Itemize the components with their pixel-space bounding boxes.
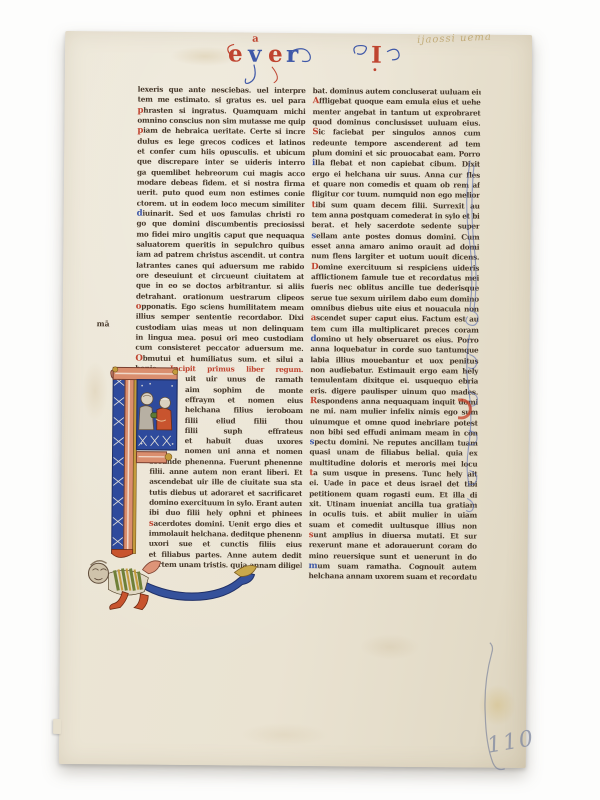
stain <box>360 634 420 661</box>
running-title-letter: e <box>228 42 243 65</box>
colored-initial: p <box>137 105 143 115</box>
colored-initial: o <box>136 301 142 311</box>
colored-initial: p <box>137 126 143 136</box>
colored-initial: O <box>135 353 142 363</box>
colored-initial: A <box>313 96 320 106</box>
colored-initial: t <box>309 468 313 478</box>
running-title-letter: e <box>268 43 283 66</box>
rubric-text: Incipit primus liber regum. <box>170 364 303 374</box>
colored-initial: D <box>311 262 318 272</box>
colored-initial: s <box>311 231 316 241</box>
leaf-edge-tab <box>53 719 61 734</box>
inscription-offset: ijaossi uema <box>417 32 492 46</box>
running-title-right: I <box>353 37 403 89</box>
colored-initial: m <box>309 561 318 571</box>
manuscript-leaf: a ever I ijaossi uema mā lexeris que ant… <box>59 31 532 768</box>
text-line: helchana annam uxorem suam et recordatus <box>308 572 476 584</box>
running-title-left: a ever <box>228 36 312 89</box>
colored-initial: s <box>309 530 314 540</box>
marginal-note: mā <box>97 319 110 328</box>
text-column-right: bat. dominus autem concluserat uuluam ei… <box>308 86 480 583</box>
margin-flourish <box>459 154 488 514</box>
colored-initial: S <box>312 127 318 137</box>
colored-initial: R <box>310 396 317 406</box>
text-line: ne mi. nam mulier infelix nimis ego sum <box>310 406 478 418</box>
stain <box>239 723 329 748</box>
colored-initial: a <box>311 313 316 323</box>
dragon-bas-de-page <box>84 543 260 623</box>
historiated-initial-F <box>108 363 182 566</box>
stain <box>82 361 109 421</box>
colored-initial: s <box>310 437 315 447</box>
text-line: uit uir unus de ramath <box>185 374 303 385</box>
colored-initial: i <box>312 158 315 168</box>
text-line: nomen uni anna et nomen <box>184 447 302 458</box>
running-title-letter: I <box>371 44 382 67</box>
colored-initial: t <box>312 200 316 210</box>
colored-initial: d <box>310 334 316 344</box>
running-title-letter: v <box>248 43 262 66</box>
colored-initial: d <box>137 209 143 219</box>
text-line: helchana filius ieroboam <box>185 405 303 416</box>
running-title-letter: r <box>286 43 298 66</box>
text-line: temulentam dixitque ei. usquequo ebria <box>310 375 478 387</box>
